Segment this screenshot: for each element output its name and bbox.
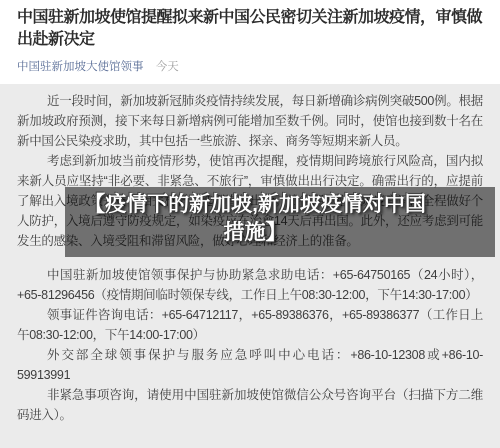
paragraph-hotline-consular-docs: 领事证件咨询电话：+65-64712117，+65-89386376，+65-8… (17, 305, 483, 345)
article-body: 近一段时间，新加坡新冠肺炎疫情持续发展，每日新增确诊病例突破500例。根据新加坡… (0, 84, 500, 448)
paragraph-advisory: 考虑到新加坡当前疫情形势，使馆再次提醒，疫情期间跨境旅行风险高，国内拟来新人员应… (17, 151, 483, 251)
paragraph-hotline-embassy: 中国驻新加坡使馆领事保护与协助紧急求助电话：+65-64750165（24小时）… (17, 265, 483, 305)
article-title: 中国驻新加坡使馆提醒拟来新中国公民密切关注新加坡疫情，审慎做出赴新决定 (17, 7, 483, 51)
article-header: 中国驻新加坡使馆提醒拟来新中国公民密切关注新加坡疫情，审慎做出赴新决定 中国驻新… (0, 0, 500, 84)
publish-date: 今天 (156, 61, 179, 73)
paragraph-hotline-mfa: 外交部全球领事保护与服务应急呼叫中心电话：+86-10-12308或+86-10… (17, 345, 483, 385)
account-name-link[interactable]: 中国驻新加坡大使馆领事 (17, 61, 144, 73)
byline: 中国驻新加坡大使馆领事 今天 (17, 60, 483, 74)
article-page: 中国驻新加坡使馆提醒拟来新中国公民密切关注新加坡疫情，审慎做出赴新决定 中国驻新… (0, 0, 500, 448)
paragraph-intro: 近一段时间，新加坡新冠肺炎疫情持续发展，每日新增确诊病例突破500例。根据新加坡… (17, 91, 483, 151)
paragraph-wechat-consult: 非紧急事项咨询，请使用中国驻新加坡使馆微信公众号咨询平台（扫描下方二维码进入）。 (17, 385, 483, 425)
